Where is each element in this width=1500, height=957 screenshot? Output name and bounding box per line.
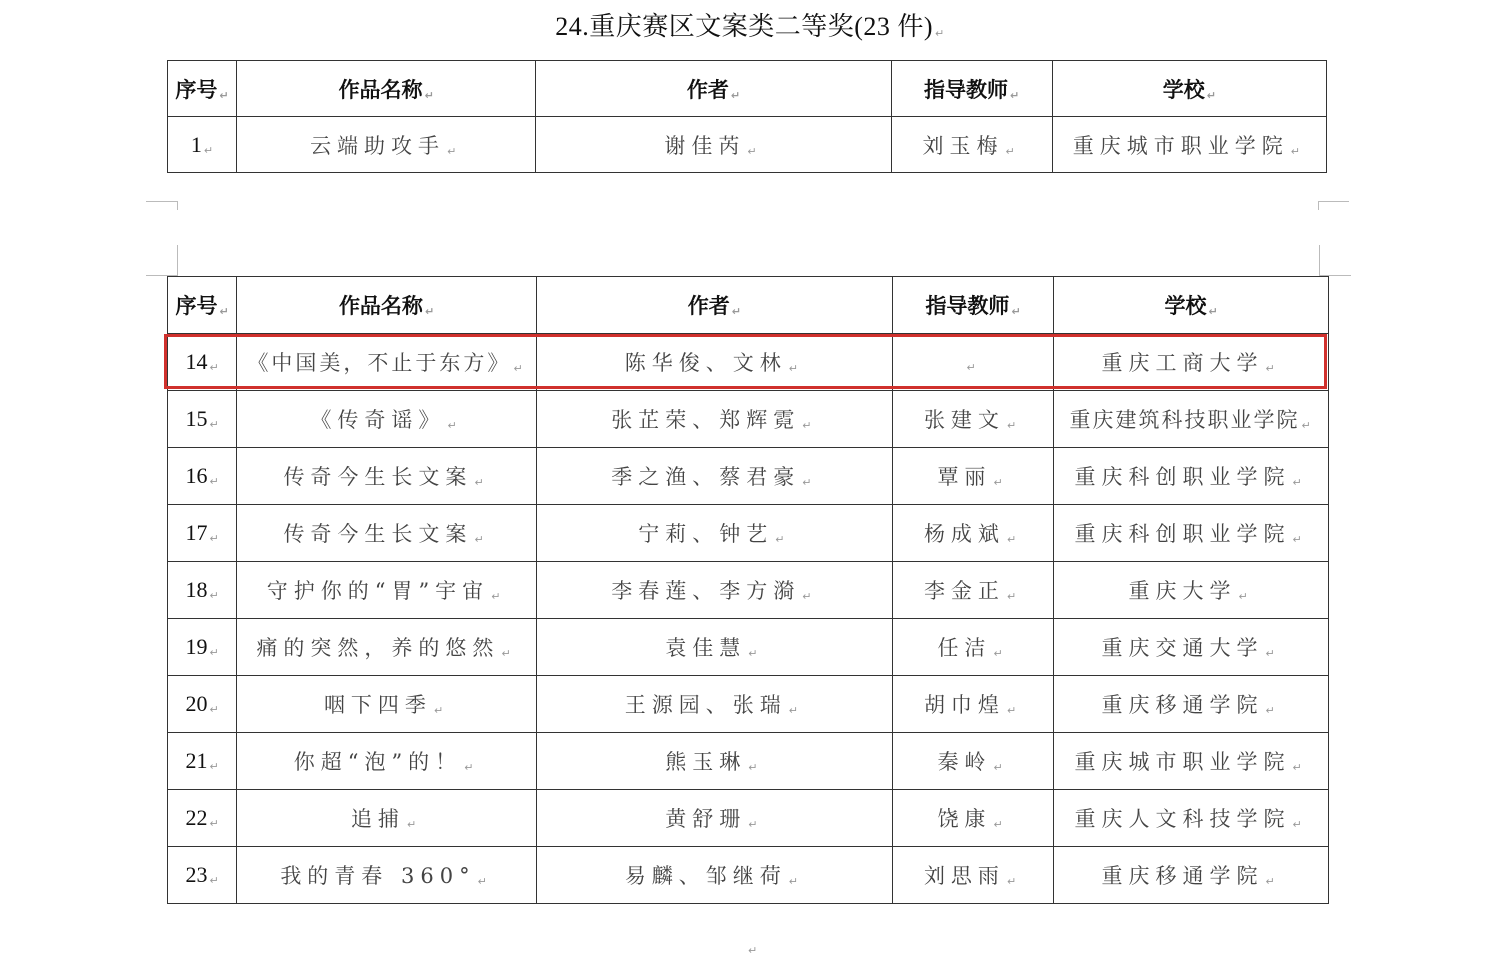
title-text: 24.重庆赛区文案类二等奖(23 件) (555, 12, 933, 41)
cell-author: 李春莲、李方漪↵ (536, 562, 892, 619)
table-header-row: 序号↵ 作品名称↵ 作者↵ 指导教师↵ 学校↵ (168, 277, 1329, 334)
cell-work-name: 传奇今生长文案↵ (237, 448, 537, 505)
cell-work-name: 你超“泡”的！↵ (237, 733, 537, 790)
header-school: 学校↵ (1052, 61, 1326, 117)
cell-teacher: 任洁↵ (892, 619, 1053, 676)
cell-teacher: 刘思雨↵ (892, 847, 1053, 904)
header-work-name: 作品名称↵ (237, 277, 537, 334)
cell-work-name: 《传奇谣》↵ (237, 391, 537, 448)
cell-number: 14↵ (168, 334, 237, 391)
cell-author: 袁佳慧↵ (536, 619, 892, 676)
header-teacher: 指导教师↵ (892, 277, 1053, 334)
cell-work-name: 《中国美，不止于东方》↵ (237, 334, 537, 391)
cell-author: 宁莉、钟艺↵ (536, 505, 892, 562)
cell-number: 1↵ (168, 117, 237, 173)
cell-teacher: 杨成斌↵ (892, 505, 1053, 562)
cell-teacher: 张建文↵ (892, 391, 1053, 448)
cell-number: 18↵ (168, 562, 237, 619)
cell-number: 16↵ (168, 448, 237, 505)
cell-school: 重庆交通大学↵ (1054, 619, 1329, 676)
cell-number: 23↵ (168, 847, 237, 904)
cell-school: 重庆人文科技学院↵ (1054, 790, 1329, 847)
cell-number: 21↵ (168, 733, 237, 790)
cell-school: 重庆建筑科技职业学院↵ (1054, 391, 1329, 448)
table-row: 1↵ 云端助攻手↵ 谢佳芮↵ 刘玉梅↵ 重庆城市职业学院↵ (168, 117, 1327, 173)
cell-number: 20↵ (168, 676, 237, 733)
page-corner-mark (1318, 201, 1349, 210)
table-row: 21↵你超“泡”的！↵熊玉琳↵秦岭↵重庆城市职业学院↵ (168, 733, 1329, 790)
cell-work-name: 云端助攻手↵ (237, 117, 536, 173)
cell-work-name: 咽下四季↵ (237, 676, 537, 733)
cell-author: 易麟、邹继荷↵ (536, 847, 892, 904)
cell-number: 17↵ (168, 505, 237, 562)
document-title: 24.重庆赛区文案类二等奖(23 件)↵ (0, 6, 1500, 43)
page-corner-mark (146, 245, 178, 276)
cell-school: 重庆科创职业学院↵ (1054, 448, 1329, 505)
cell-number: 22↵ (168, 790, 237, 847)
cell-school: 重庆大学↵ (1054, 562, 1329, 619)
table-row: 23↵我的青春 360°↵易麟、邹继荷↵刘思雨↵重庆移通学院↵ (168, 847, 1329, 904)
cell-school: 重庆移通学院↵ (1054, 676, 1329, 733)
header-school: 学校↵ (1054, 277, 1329, 334)
cell-author: 熊玉琳↵ (536, 733, 892, 790)
page-corner-mark (146, 201, 178, 210)
cell-school: 重庆移通学院↵ (1054, 847, 1329, 904)
cell-school: 重庆科创职业学院↵ (1054, 505, 1329, 562)
cell-school: 重庆城市职业学院↵ (1054, 733, 1329, 790)
awards-table-page1: 序号↵ 作品名称↵ 作者↵ 指导教师↵ 学校↵ 1↵ 云端助攻手↵ 谢佳芮↵ 刘… (167, 60, 1327, 173)
table-row: 17↵传奇今生长文案↵宁莉、钟艺↵杨成斌↵重庆科创职业学院↵ (168, 505, 1329, 562)
table-row: 15↵《传奇谣》↵张芷荣、郑辉霓↵张建文↵重庆建筑科技职业学院↵ (168, 391, 1329, 448)
table-row: 20↵咽下四季↵王源园、张瑞↵胡巾煌↵重庆移通学院↵ (168, 676, 1329, 733)
cell-author: 黄舒珊↵ (536, 790, 892, 847)
cell-author: 王源园、张瑞↵ (536, 676, 892, 733)
cell-school: 重庆城市职业学院↵ (1052, 117, 1326, 173)
cell-number: 19↵ (168, 619, 237, 676)
header-author: 作者↵ (536, 277, 892, 334)
header-number: 序号↵ (168, 277, 237, 334)
cell-work-name: 痛的突然，养的悠然↵ (237, 619, 537, 676)
header-author: 作者↵ (536, 61, 891, 117)
cell-work-name: 传奇今生长文案↵ (237, 505, 537, 562)
cell-teacher: 李金正↵ (892, 562, 1053, 619)
cell-teacher: ↵ (892, 334, 1053, 391)
cell-author: 谢佳芮↵ (536, 117, 891, 173)
header-number: 序号↵ (168, 61, 237, 117)
table-row: 16↵传奇今生长文案↵季之渔、蔡君豪↵覃丽↵重庆科创职业学院↵ (168, 448, 1329, 505)
cell-teacher: 秦岭↵ (892, 733, 1053, 790)
table-row: 14↵《中国美，不止于东方》↵陈华俊、文林↵↵重庆工商大学↵ (168, 334, 1329, 391)
cell-number: 15↵ (168, 391, 237, 448)
paragraph-mark-icon: ↵ (935, 27, 945, 40)
awards-table-page2: 序号↵ 作品名称↵ 作者↵ 指导教师↵ 学校↵ 14↵《中国美，不止于东方》↵陈… (167, 276, 1329, 904)
paragraph-mark-icon: ↵ (748, 944, 757, 957)
table-row: 22↵追捕↵黄舒珊↵饶康↵重庆人文科技学院↵ (168, 790, 1329, 847)
cell-author: 陈华俊、文林↵ (536, 334, 892, 391)
cell-teacher: 饶康↵ (892, 790, 1053, 847)
cell-work-name: 追捕↵ (237, 790, 537, 847)
cell-work-name: 我的青春 360°↵ (237, 847, 537, 904)
cell-teacher: 胡巾煌↵ (892, 676, 1053, 733)
table-header-row: 序号↵ 作品名称↵ 作者↵ 指导教师↵ 学校↵ (168, 61, 1327, 117)
cell-school: 重庆工商大学↵ (1054, 334, 1329, 391)
table-row: 18↵守护你的“胃”宇宙↵李春莲、李方漪↵李金正↵重庆大学↵ (168, 562, 1329, 619)
table-row: 19↵痛的突然，养的悠然↵袁佳慧↵任洁↵重庆交通大学↵ (168, 619, 1329, 676)
header-work-name: 作品名称↵ (237, 61, 536, 117)
cell-teacher: 覃丽↵ (892, 448, 1053, 505)
cell-work-name: 守护你的“胃”宇宙↵ (237, 562, 537, 619)
cell-teacher: 刘玉梅↵ (891, 117, 1052, 173)
page-corner-mark (1319, 245, 1351, 276)
cell-author: 张芷荣、郑辉霓↵ (536, 391, 892, 448)
cell-author: 季之渔、蔡君豪↵ (536, 448, 892, 505)
header-teacher: 指导教师↵ (891, 61, 1052, 117)
